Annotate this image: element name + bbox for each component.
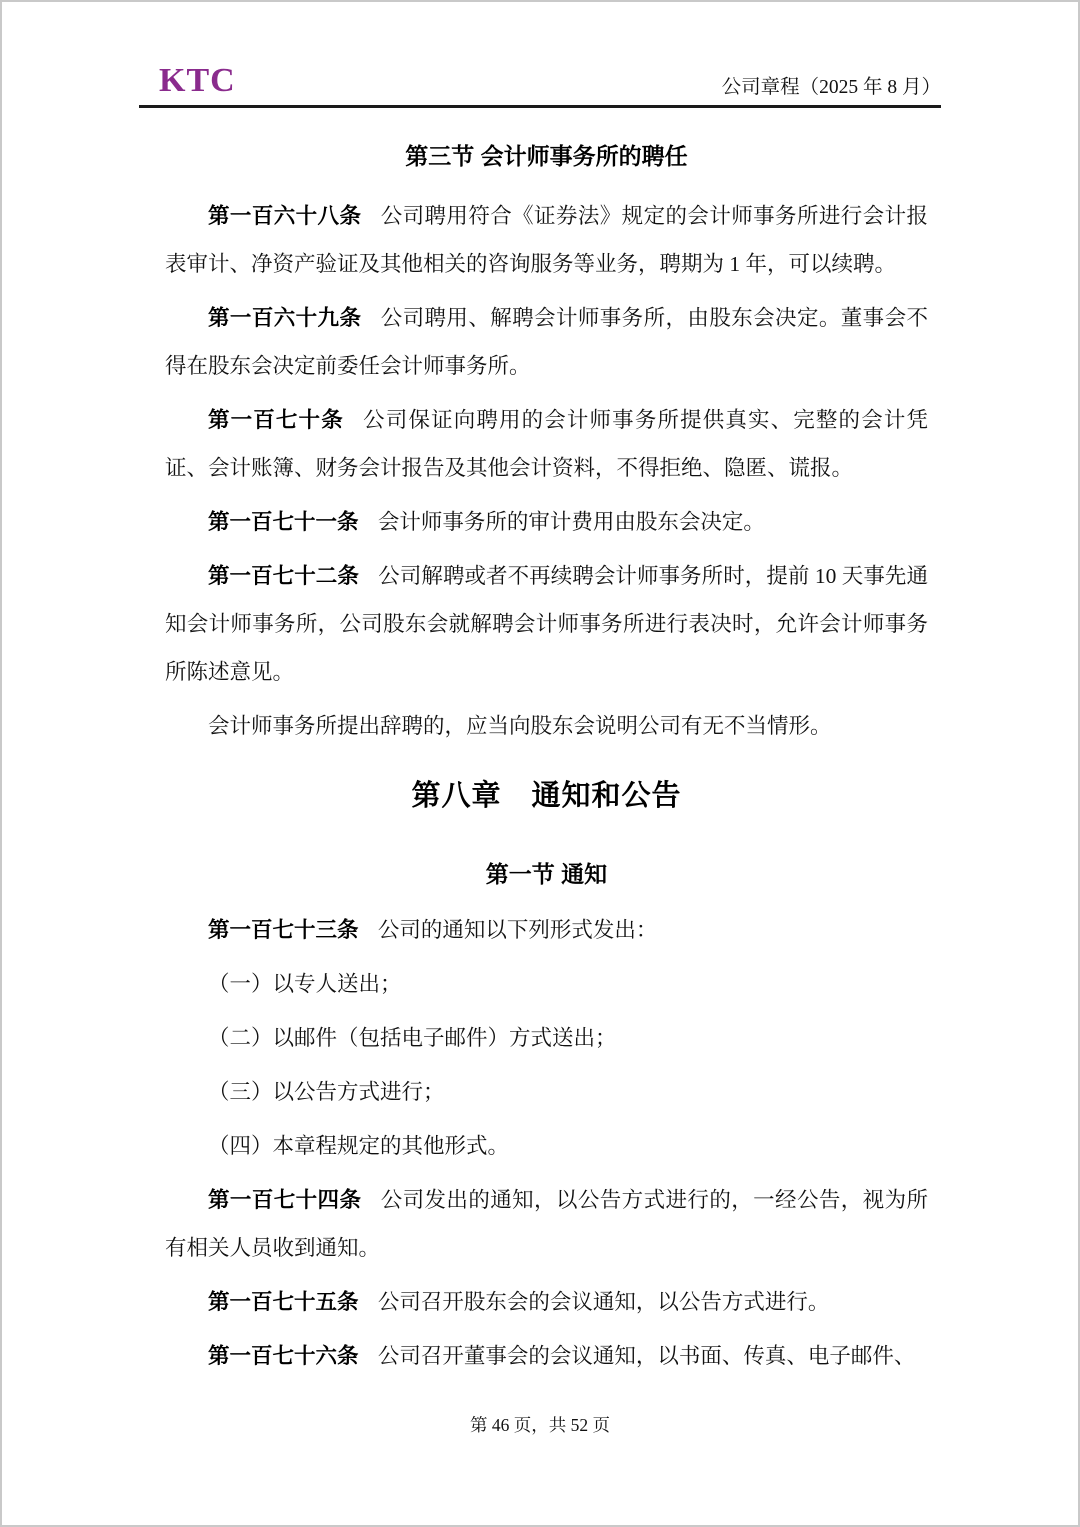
- article-176-text: 公司召开董事会的会议通知，以书面、传真、电子邮件、: [378, 1344, 916, 1368]
- notice-list-item-4: （四）本章程规定的其他形式。: [165, 1122, 928, 1170]
- article-168-number: 第一百六十八条: [208, 204, 361, 228]
- header-doc-title: 公司章程（2025 年 8 月）: [722, 77, 941, 98]
- article-172-paragraph: 第一百七十二条公司解聘或者不再续聘会计师事务所时，提前 10 天事先通知会计师事…: [165, 552, 928, 696]
- article-171-paragraph: 第一百七十一条会计师事务所的审计费用由股东会决定。: [165, 498, 928, 546]
- notice-list-item-3: （三）以公告方式进行；: [165, 1068, 928, 1116]
- ktc-logo: KTC: [139, 64, 236, 98]
- document-page: KTC 公司章程（2025 年 8 月） 第三节 会计师事务所的聘任 第一百六十…: [0, 0, 1080, 1527]
- article-169-paragraph: 第一百六十九条公司聘用、解聘会计师事务所，由股东会决定。董事会不得在股东会决定前…: [165, 294, 928, 390]
- chapter8-section1-title: 第一节 通知: [165, 860, 928, 890]
- page-number-text: 第 46 页，共 52 页: [470, 1415, 610, 1435]
- section3-title: 第三节 会计师事务所的聘任: [165, 142, 928, 172]
- article-170-paragraph: 第一百七十条公司保证向聘用的会计师事务所提供真实、完整的会计凭证、会计账簿、财务…: [165, 396, 928, 492]
- document-body: 第三节 会计师事务所的聘任 第一百六十八条公司聘用符合《证券法》规定的会计师事务…: [165, 108, 928, 1386]
- chapter8-title: 第八章 通知和公告: [165, 776, 928, 817]
- article-172-number: 第一百七十二条: [208, 564, 359, 588]
- article-174-number: 第一百七十四条: [208, 1188, 361, 1212]
- article-175-text: 公司召开股东会的会议通知，以公告方式进行。: [378, 1290, 830, 1314]
- article-173-text: 公司的通知以下列形式发出：: [378, 918, 658, 942]
- article-174-paragraph: 第一百七十四条公司发出的通知，以公告方式进行的，一经公告，视为所有相关人员收到通…: [165, 1176, 928, 1272]
- article-169-number: 第一百六十九条: [208, 306, 361, 330]
- article-171-text: 会计师事务所的审计费用由股东会决定。: [378, 510, 765, 534]
- article-176-number: 第一百七十六条: [208, 1344, 359, 1368]
- notice-list-item-2: （二）以邮件（包括电子邮件）方式送出；: [165, 1014, 928, 1062]
- article-175-number: 第一百七十五条: [208, 1290, 359, 1314]
- article-168-paragraph: 第一百六十八条公司聘用符合《证券法》规定的会计师事务所进行会计报表审计、净资产验…: [165, 192, 928, 288]
- notice-list-item-1: （一）以专人送出；: [165, 960, 928, 1008]
- article-175-paragraph: 第一百七十五条公司召开股东会的会议通知，以公告方式进行。: [165, 1278, 928, 1326]
- article-173-number: 第一百七十三条: [208, 918, 359, 942]
- page-footer: 第 46 页，共 52 页: [2, 1412, 1078, 1437]
- section3-closing-paragraph: 会计师事务所提出辞聘的，应当向股东会说明公司有无不当情形。: [165, 702, 928, 750]
- article-171-number: 第一百七十一条: [208, 510, 359, 534]
- article-170-number: 第一百七十条: [208, 408, 344, 432]
- article-176-paragraph: 第一百七十六条公司召开董事会的会议通知，以书面、传真、电子邮件、: [165, 1332, 928, 1380]
- article-173-paragraph: 第一百七十三条公司的通知以下列形式发出：: [165, 906, 928, 954]
- page-header: KTC 公司章程（2025 年 8 月）: [139, 64, 941, 98]
